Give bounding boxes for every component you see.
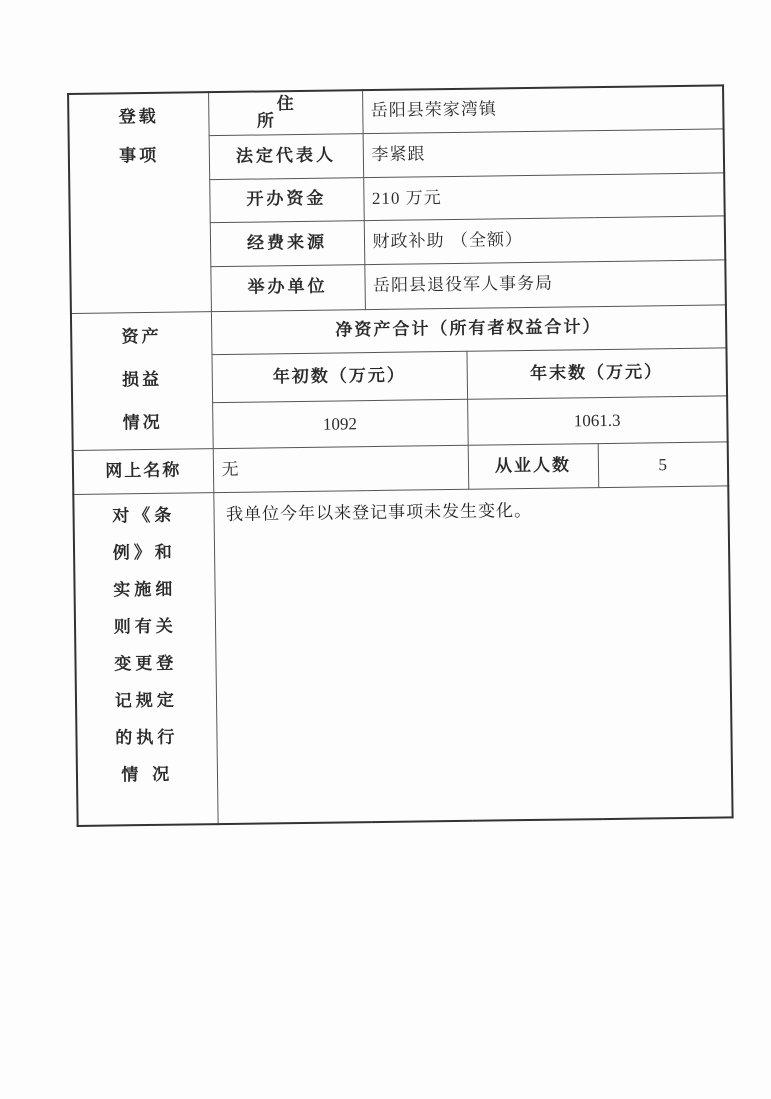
staff-count-label: 从业人数 — [468, 443, 599, 489]
scanned-page: 登载 事项 住所 岳阳县荣家湾镇 法定代表人 李紧跟 开办资金 210 万元 经… — [0, 0, 771, 1099]
assets-label-line: 情况 — [123, 415, 163, 433]
compliance-label-line: 的执行 — [115, 729, 178, 747]
compliance-label-line: 记规定 — [115, 692, 178, 710]
funding-source-value: 财政补助 （全额） — [364, 215, 726, 264]
capital-value: 210 万元 — [363, 172, 725, 220]
sponsor-label: 举办单位 — [210, 264, 365, 311]
compliance-text: 我单位今年以来登记事项未发生变化。 — [213, 485, 732, 824]
sponsor-value: 岳阳县退役军人事务局 — [364, 259, 726, 309]
address-label: 住所 — [208, 90, 363, 135]
compliance-label-line: 变更登 — [114, 655, 177, 673]
year-start-label: 年初数（万元） — [211, 351, 467, 402]
address-value: 岳阳县荣家湾镇 — [362, 85, 724, 133]
registration-form: 登载 事项 住所 岳阳县荣家湾镇 法定代表人 李紧跟 开办资金 210 万元 经… — [67, 84, 732, 827]
year-end-value: 1061.3 — [467, 395, 728, 444]
year-start-value: 1092 — [212, 399, 468, 448]
row-compliance: 对《条 例》和 实施细 则有关 变更登 记规定 的执行 情 况 我单位今年以来登… — [73, 485, 732, 826]
year-end-label: 年末数（万元） — [466, 347, 727, 398]
registration-label-line: 事项 — [119, 148, 159, 166]
online-name-label: 网上名称 — [73, 448, 214, 494]
compliance-label: 对《条 例》和 实施细 则有关 变更登 记规定 的执行 情 况 — [73, 492, 217, 826]
capital-label: 开办资金 — [209, 177, 364, 222]
registration-label-line: 登载 — [119, 109, 159, 127]
staff-count-value: 5 — [598, 441, 729, 487]
registration-section-label: 登载 事项 — [68, 92, 211, 313]
online-name-value: 无 — [213, 445, 469, 492]
compliance-label-line: 实施细 — [113, 581, 176, 599]
legal-rep-label: 法定代表人 — [209, 133, 364, 179]
funding-source-label: 经费来源 — [210, 220, 365, 266]
net-assets-header: 净资产合计（所有者权益合计） — [211, 304, 727, 354]
annual-report-table: 登载 事项 住所 岳阳县荣家湾镇 法定代表人 李紧跟 开办资金 210 万元 经… — [67, 84, 734, 827]
legal-rep-value: 李紧跟 — [363, 128, 725, 177]
assets-section-label: 资产 损益 情况 — [71, 311, 213, 450]
assets-label-line: 损益 — [122, 372, 162, 390]
assets-label-line: 资产 — [121, 329, 161, 347]
compliance-label-line: 对《条 — [112, 507, 175, 525]
compliance-label-line: 情 况 — [121, 766, 173, 784]
compliance-label-line: 例》和 — [113, 544, 176, 562]
compliance-label-line: 则有关 — [114, 618, 177, 636]
